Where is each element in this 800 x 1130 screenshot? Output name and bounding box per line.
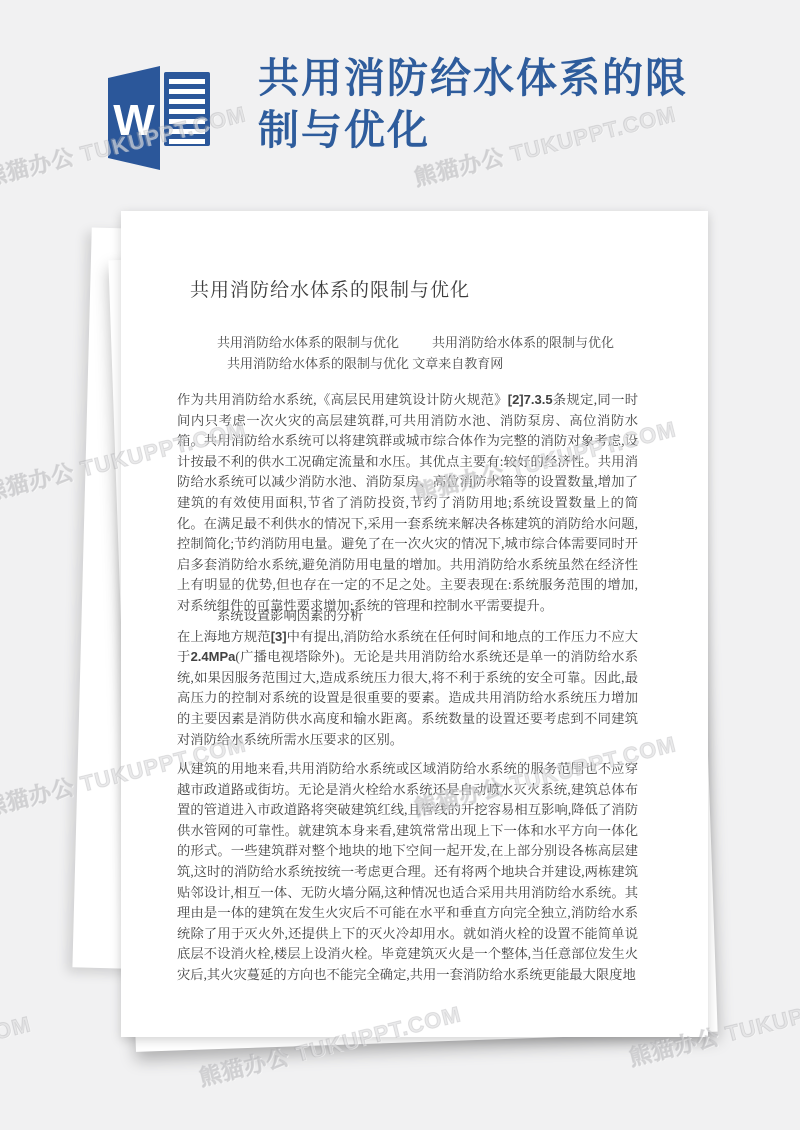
section-analysis: 系统设置影响因素的分析 在上海地方规范[3]中有提出,消防给水系统在任何时间和地… bbox=[177, 606, 638, 750]
page-background: W 共用消防给水体系的限制与优化 共用消防给水体系的限制与优化 共用消防给水体系… bbox=[0, 0, 800, 1130]
watermark-text: 熊猫办公 TUKUPPT.COM bbox=[0, 1007, 34, 1102]
text-segment: 作为共用消防给水系统,《高层民用建筑设计防火规范》 bbox=[177, 392, 508, 407]
subtitle-repeat-b: 共用消防给水体系的限制与优化 bbox=[432, 335, 614, 350]
document-page: 共用消防给水体系的限制与优化 共用消防给水体系的限制与优化共用消防给水体系的限制… bbox=[121, 211, 708, 1037]
word-icon-letter: W bbox=[113, 96, 155, 145]
paragraph-pressure: 在上海地方规范[3]中有提出,消防给水系统在任何时间和地点的工作压力不应大于2.… bbox=[177, 627, 638, 751]
section-heading: 系统设置影响因素的分析 bbox=[177, 606, 638, 627]
document-subtitle-line2: 共用消防给水体系的限制与优化 文章来自教育网 bbox=[227, 353, 503, 372]
bold-text-segment: 2.4MPa bbox=[191, 649, 236, 664]
header: W 共用消防给水体系的限制与优化 bbox=[0, 0, 800, 200]
text-segment: (广播电视塔除外)。无论是共用消防给水系统还是单一的消防给水系统,如果因服务范围… bbox=[177, 649, 638, 746]
document-subtitle-line1: 共用消防给水体系的限制与优化共用消防给水体系的限制与优化 bbox=[217, 332, 614, 351]
header-title: 共用消防给水体系的限制与优化 bbox=[258, 52, 728, 156]
word-icon: W bbox=[108, 62, 214, 174]
bold-text-segment: [3] bbox=[271, 629, 287, 644]
subtitle-repeat-a: 共用消防给水体系的限制与优化 bbox=[217, 335, 399, 350]
bold-text-segment: [2]7.3.5 bbox=[508, 392, 553, 407]
text-segment: 从建筑的用地来看,共用消防给水系统或区域消防给水系统的服务范围也不应穿越市政道路… bbox=[177, 761, 638, 982]
paragraph-overview: 作为共用消防给水系统,《高层民用建筑设计防火规范》[2]7.3.5条规定,同一时… bbox=[177, 390, 638, 617]
text-segment: 条规定,同一时间内只考虑一次火灾的高层建筑群,可共用消防水池、消防泵房、高位消防… bbox=[177, 392, 638, 613]
paragraph-land-use: 从建筑的用地来看,共用消防给水系统或区域消防给水系统的服务范围也不应穿越市政道路… bbox=[177, 759, 638, 986]
text-segment: 在上海地方规范 bbox=[177, 629, 271, 644]
document-title: 共用消防给水体系的限制与优化 bbox=[190, 275, 470, 302]
